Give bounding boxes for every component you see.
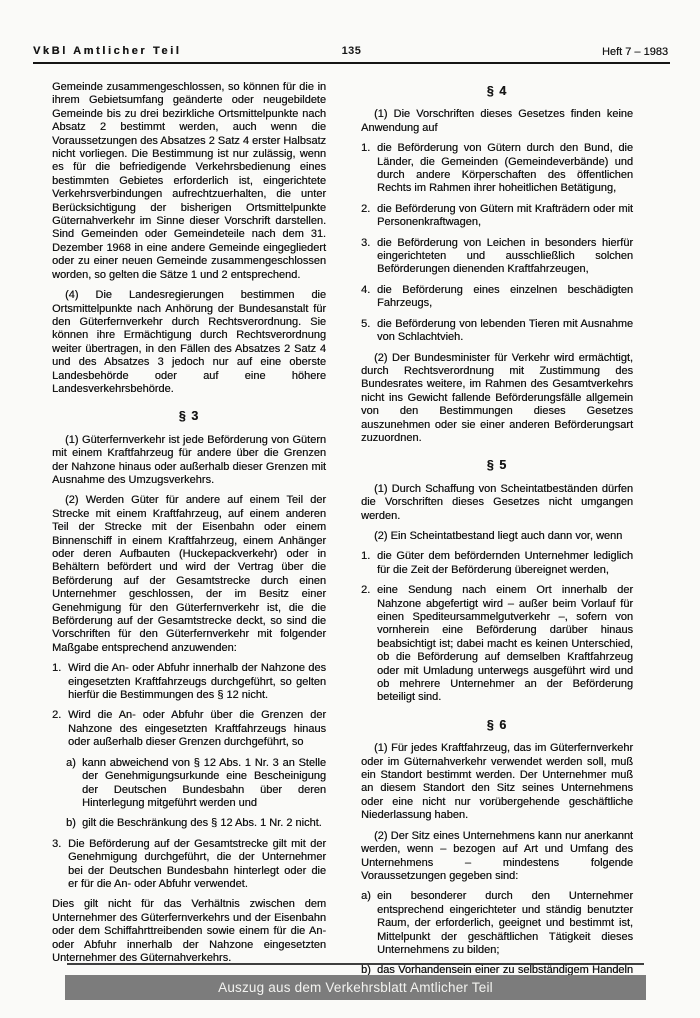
page-header: VkBl Amtlicher Teil 135 Heft 7 – 1983 (33, 45, 670, 61)
list-item-text: ein besonderer durch den Unternehmer ent… (377, 890, 633, 956)
paragraph: (2) Der Bundesminister für Verkehr wird … (361, 352, 633, 446)
list-item-label: 2. (361, 584, 370, 597)
list-item: 3. die Beförderung von Leichen in besond… (361, 237, 633, 277)
list-item-label: 1. (52, 662, 61, 675)
list-item: 1. die Güter dem befördernden Unternehme… (361, 550, 633, 577)
list-item-label: 2. (361, 203, 370, 216)
paragraph: (1) Güterfernverkehr ist jede Beförderun… (52, 434, 326, 488)
list-item-label: 2. (52, 709, 61, 722)
paragraph: Dies gilt nicht für das Verhältnis zwisc… (52, 898, 326, 965)
section-heading: § 4 (361, 85, 633, 98)
list-item: 2. die Beförderung von Gütern mit Kraftr… (361, 203, 633, 230)
list-item: 1. die Beförderung von Gütern durch den … (361, 142, 633, 196)
list-item-label: 4. (361, 284, 370, 297)
list-item: 3. Die Beförderung auf der Gesamtstrecke… (52, 838, 326, 892)
list-item-label: 1. (361, 142, 370, 155)
document-page: VkBl Amtlicher Teil 135 Heft 7 – 1983 Ge… (0, 0, 700, 1018)
list-item-label: a) (66, 757, 76, 770)
issue-label: Heft 7 – 1983 (602, 46, 668, 58)
list-item-text: die Beförderung von Leichen in besonders… (377, 237, 633, 276)
paragraph: (2) Ein Scheintatbestand liegt auch dann… (361, 530, 633, 543)
list-subitem: a) kann abweichend von § 12 Abs. 1 Nr. 3… (66, 757, 326, 811)
right-column: § 4 (1) Die Vorschriften dieses Gesetzes… (361, 81, 633, 998)
list-item-text: Wird die An- oder Abfuhr innerhalb der N… (68, 662, 326, 701)
list-item: 4. die Beförderung eines einzelnen besch… (361, 284, 633, 311)
list-subitem: b) gilt die Beschränkung des § 12 Abs. 1… (66, 817, 326, 830)
list-item-text: Die Beförderung auf der Gesamtstrecke gi… (68, 838, 326, 890)
list-item: 2. eine Sendung nach einem Ort innerhalb… (361, 584, 633, 705)
paragraph: (2) Der Sitz eines Unternehmens kann nur… (361, 830, 633, 884)
list-item-text: Wird die An- oder Abfuhr über die Grenze… (68, 709, 326, 748)
list-item-label: 3. (361, 237, 370, 250)
list-item: 2. Wird die An- oder Abfuhr über die Gre… (52, 709, 326, 749)
list-item-label: a) (361, 890, 371, 903)
left-column: Gemeinde zusammengeschlossen, so können … (52, 81, 326, 998)
list-item-text: die Beförderung von Gütern durch den Bun… (377, 142, 633, 194)
paragraph: (1) Die Vorschriften dieses Gesetzes fin… (361, 108, 633, 135)
text-columns: Gemeinde zusammengeschlossen, so können … (52, 81, 633, 998)
section-heading: § 6 (361, 719, 633, 732)
list-subitem: a) ein besonderer durch den Unternehmer … (361, 890, 633, 957)
paragraph: (4) Die Landesregierungen bestimmen die … (52, 289, 326, 396)
section-heading: § 5 (361, 459, 633, 472)
paragraph: (1) Für jedes Kraftfahrzeug, das im Güte… (361, 742, 633, 822)
list-item-text: die Güter dem befördernden Unternehmer l… (377, 550, 633, 575)
list-item-text: kann abweichend von § 12 Abs. 1 Nr. 3 an… (82, 757, 326, 809)
header-rule (33, 62, 670, 64)
list-item-text: die Beförderung eines einzelnen beschädi… (377, 284, 633, 309)
list-item-text: die Beförderung von Gütern mit Krafträde… (377, 203, 633, 228)
page-number: 135 (33, 45, 670, 57)
list-item-text: gilt die Beschränkung des § 12 Abs. 1 Nr… (82, 817, 322, 829)
list-item-label: 5. (361, 318, 370, 331)
list-item: 5. die Beförderung von lebenden Tieren m… (361, 318, 633, 345)
list-item-label: b) (66, 817, 76, 830)
paragraph: (1) Durch Schaffung von Scheintatbeständ… (361, 483, 633, 523)
list-item-text: eine Sendung nach einem Ort innerhalb de… (377, 584, 633, 703)
list-item-text: die Beförderung von lebenden Tieren mit … (377, 318, 633, 343)
footer-rule (67, 963, 644, 965)
paragraph: Gemeinde zusammengeschlossen, so können … (52, 81, 326, 282)
section-heading: § 3 (52, 410, 326, 423)
list-item-label: 3. (52, 838, 61, 851)
list-item: 1. Wird die An- oder Abfuhr innerhalb de… (52, 662, 326, 702)
footer-banner: Auszug aus dem Verkehrsblatt Amtlicher T… (65, 975, 646, 1000)
paragraph: (2) Werden Güter für andere auf einem Te… (52, 494, 326, 655)
list-item-label: 1. (361, 550, 370, 563)
